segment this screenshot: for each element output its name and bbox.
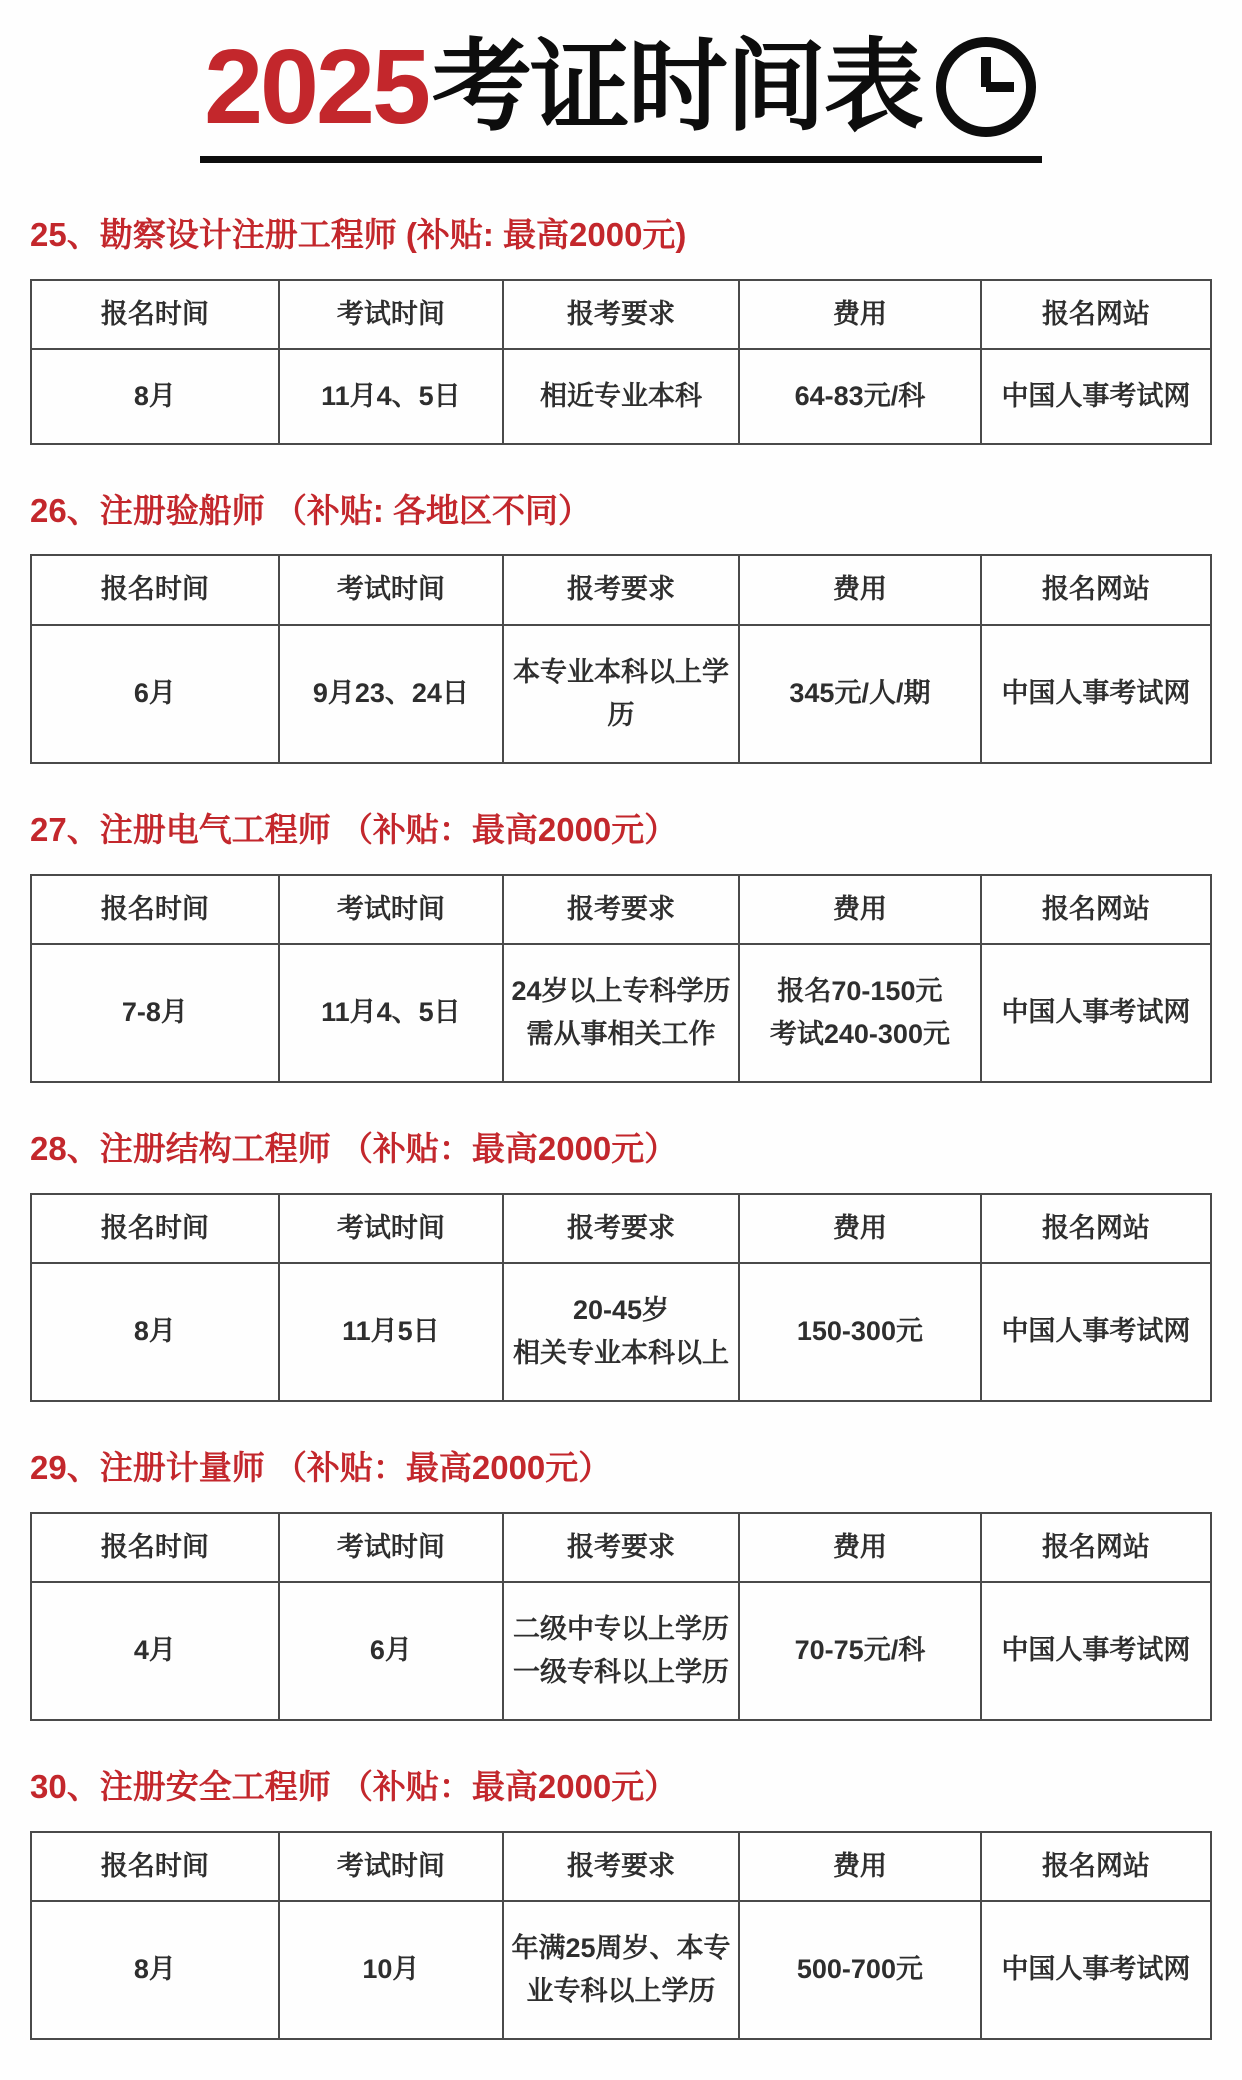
col-header-signup-time: 报名时间 bbox=[31, 1194, 279, 1263]
table-header-row: 报名时间 考试时间 报考要求 费用 报名网站 bbox=[31, 875, 1211, 944]
cell-fee: 345元/人/期 bbox=[739, 625, 981, 763]
cell-signup-time: 8月 bbox=[31, 1901, 279, 2039]
section-heading: 29、注册计量师 （补贴：最高2000元） bbox=[30, 1448, 1212, 1488]
section-heading: 30、注册安全工程师 （补贴：最高2000元） bbox=[30, 1767, 1212, 1807]
section-heading: 25、勘察设计注册工程师 (补贴: 最高2000元) bbox=[30, 215, 1212, 255]
col-header-fee: 费用 bbox=[739, 1194, 981, 1263]
col-header-exam-time: 考试时间 bbox=[279, 1194, 503, 1263]
cell-fee: 500-700元 bbox=[739, 1901, 981, 2039]
title-text: 考证时间表 bbox=[432, 37, 922, 137]
cert-section-26: 26、注册验船师 （补贴: 各地区不同） 报名时间 考试时间 报考要求 费用 报… bbox=[30, 491, 1212, 764]
cell-exam-time: 11月4、5日 bbox=[279, 944, 503, 1082]
col-header-signup-time: 报名时间 bbox=[31, 875, 279, 944]
col-header-exam-time: 考试时间 bbox=[279, 875, 503, 944]
col-header-requirements: 报考要求 bbox=[503, 1832, 739, 1901]
page-title: 2025 考证时间表 bbox=[200, 34, 1042, 163]
cell-signup-time: 7-8月 bbox=[31, 944, 279, 1082]
poster-page: 2025 考证时间表 25、勘察设计注册工程师 (补贴: 最高2000元) 报名… bbox=[0, 0, 1242, 2080]
col-header-requirements: 报考要求 bbox=[503, 555, 739, 624]
cert-section-30: 30、注册安全工程师 （补贴：最高2000元） 报名时间 考试时间 报考要求 费… bbox=[30, 1767, 1212, 2040]
col-header-signup-time: 报名时间 bbox=[31, 555, 279, 624]
cell-signup-time: 8月 bbox=[31, 1263, 279, 1401]
col-header-website: 报名网站 bbox=[981, 555, 1211, 624]
col-header-requirements: 报考要求 bbox=[503, 280, 739, 349]
col-header-requirements: 报考要求 bbox=[503, 1513, 739, 1582]
cert-section-29: 29、注册计量师 （补贴：最高2000元） 报名时间 考试时间 报考要求 费用 … bbox=[30, 1448, 1212, 1721]
cell-requirements: 年满25周岁、本专 业专科以上学历 bbox=[503, 1901, 739, 2039]
cell-website: 中国人事考试网 bbox=[981, 1263, 1211, 1401]
cell-fee: 70-75元/科 bbox=[739, 1582, 981, 1720]
cell-requirements: 本专业本科以上学 历 bbox=[503, 625, 739, 763]
cert-section-25: 25、勘察设计注册工程师 (补贴: 最高2000元) 报名时间 考试时间 报考要… bbox=[30, 215, 1212, 445]
col-header-fee: 费用 bbox=[739, 1832, 981, 1901]
col-header-website: 报名网站 bbox=[981, 1194, 1211, 1263]
cell-website: 中国人事考试网 bbox=[981, 349, 1211, 444]
col-header-exam-time: 考试时间 bbox=[279, 1513, 503, 1582]
col-header-exam-time: 考试时间 bbox=[279, 1832, 503, 1901]
cert-section-27: 27、注册电气工程师 （补贴：最高2000元） 报名时间 考试时间 报考要求 费… bbox=[30, 810, 1212, 1083]
cell-exam-time: 10月 bbox=[279, 1901, 503, 2039]
cell-exam-time: 11月5日 bbox=[279, 1263, 503, 1401]
col-header-exam-time: 考试时间 bbox=[279, 280, 503, 349]
table-row: 7-8月 11月4、5日 24岁以上专科学历 需从事相关工作 报名70-150元… bbox=[31, 944, 1211, 1082]
title-year: 2025 bbox=[204, 34, 432, 140]
cert-table: 报名时间 考试时间 报考要求 费用 报名网站 8月 10月 年满25周岁、本专 … bbox=[30, 1831, 1212, 2040]
table-header-row: 报名时间 考试时间 报考要求 费用 报名网站 bbox=[31, 1832, 1211, 1901]
section-heading: 26、注册验船师 （补贴: 各地区不同） bbox=[30, 491, 1212, 531]
cert-table: 报名时间 考试时间 报考要求 费用 报名网站 6月 9月23、24日 本专业本科… bbox=[30, 554, 1212, 763]
col-header-website: 报名网站 bbox=[981, 280, 1211, 349]
table-row: 6月 9月23、24日 本专业本科以上学 历 345元/人/期 中国人事考试网 bbox=[31, 625, 1211, 763]
col-header-fee: 费用 bbox=[739, 875, 981, 944]
cert-table: 报名时间 考试时间 报考要求 费用 报名网站 8月 11月5日 20-45岁 相… bbox=[30, 1193, 1212, 1402]
table-header-row: 报名时间 考试时间 报考要求 费用 报名网站 bbox=[31, 1194, 1211, 1263]
col-header-exam-time: 考试时间 bbox=[279, 555, 503, 624]
cert-table: 报名时间 考试时间 报考要求 费用 报名网站 8月 11月4、5日 相近专业本科… bbox=[30, 279, 1212, 445]
section-heading: 27、注册电气工程师 （补贴：最高2000元） bbox=[30, 810, 1212, 850]
cell-exam-time: 11月4、5日 bbox=[279, 349, 503, 444]
cert-table: 报名时间 考试时间 报考要求 费用 报名网站 4月 6月 二级中专以上学历 一级… bbox=[30, 1512, 1212, 1721]
cell-signup-time: 4月 bbox=[31, 1582, 279, 1720]
table-row: 8月 10月 年满25周岁、本专 业专科以上学历 500-700元 中国人事考试… bbox=[31, 1901, 1211, 2039]
table-header-row: 报名时间 考试时间 报考要求 费用 报名网站 bbox=[31, 555, 1211, 624]
cert-table: 报名时间 考试时间 报考要求 费用 报名网站 7-8月 11月4、5日 24岁以… bbox=[30, 874, 1212, 1083]
cell-exam-time: 6月 bbox=[279, 1582, 503, 1720]
cell-website: 中国人事考试网 bbox=[981, 944, 1211, 1082]
col-header-requirements: 报考要求 bbox=[503, 1194, 739, 1263]
col-header-fee: 费用 bbox=[739, 555, 981, 624]
col-header-fee: 费用 bbox=[739, 280, 981, 349]
col-header-website: 报名网站 bbox=[981, 875, 1211, 944]
table-row: 4月 6月 二级中专以上学历 一级专科以上学历 70-75元/科 中国人事考试网 bbox=[31, 1582, 1211, 1720]
cell-fee: 64-83元/科 bbox=[739, 349, 981, 444]
col-header-website: 报名网站 bbox=[981, 1832, 1211, 1901]
cell-signup-time: 6月 bbox=[31, 625, 279, 763]
col-header-fee: 费用 bbox=[739, 1513, 981, 1582]
cell-website: 中国人事考试网 bbox=[981, 625, 1211, 763]
cell-fee: 150-300元 bbox=[739, 1263, 981, 1401]
col-header-requirements: 报考要求 bbox=[503, 875, 739, 944]
col-header-website: 报名网站 bbox=[981, 1513, 1211, 1582]
cell-requirements: 20-45岁 相关专业本科以上 bbox=[503, 1263, 739, 1401]
clock-icon bbox=[934, 35, 1038, 139]
col-header-signup-time: 报名时间 bbox=[31, 1513, 279, 1582]
cell-exam-time: 9月23、24日 bbox=[279, 625, 503, 763]
cert-section-28: 28、注册结构工程师 （补贴：最高2000元） 报名时间 考试时间 报考要求 费… bbox=[30, 1129, 1212, 1402]
section-heading: 28、注册结构工程师 （补贴：最高2000元） bbox=[30, 1129, 1212, 1169]
table-row: 8月 11月4、5日 相近专业本科 64-83元/科 中国人事考试网 bbox=[31, 349, 1211, 444]
cell-fee: 报名70-150元 考试240-300元 bbox=[739, 944, 981, 1082]
cell-signup-time: 8月 bbox=[31, 349, 279, 444]
cell-website: 中国人事考试网 bbox=[981, 1901, 1211, 2039]
cell-website: 中国人事考试网 bbox=[981, 1582, 1211, 1720]
col-header-signup-time: 报名时间 bbox=[31, 1832, 279, 1901]
table-header-row: 报名时间 考试时间 报考要求 费用 报名网站 bbox=[31, 280, 1211, 349]
table-header-row: 报名时间 考试时间 报考要求 费用 报名网站 bbox=[31, 1513, 1211, 1582]
col-header-signup-time: 报名时间 bbox=[31, 280, 279, 349]
cell-requirements: 24岁以上专科学历 需从事相关工作 bbox=[503, 944, 739, 1082]
cell-requirements: 相近专业本科 bbox=[503, 349, 739, 444]
cell-requirements: 二级中专以上学历 一级专科以上学历 bbox=[503, 1582, 739, 1720]
table-row: 8月 11月5日 20-45岁 相关专业本科以上 150-300元 中国人事考试… bbox=[31, 1263, 1211, 1401]
